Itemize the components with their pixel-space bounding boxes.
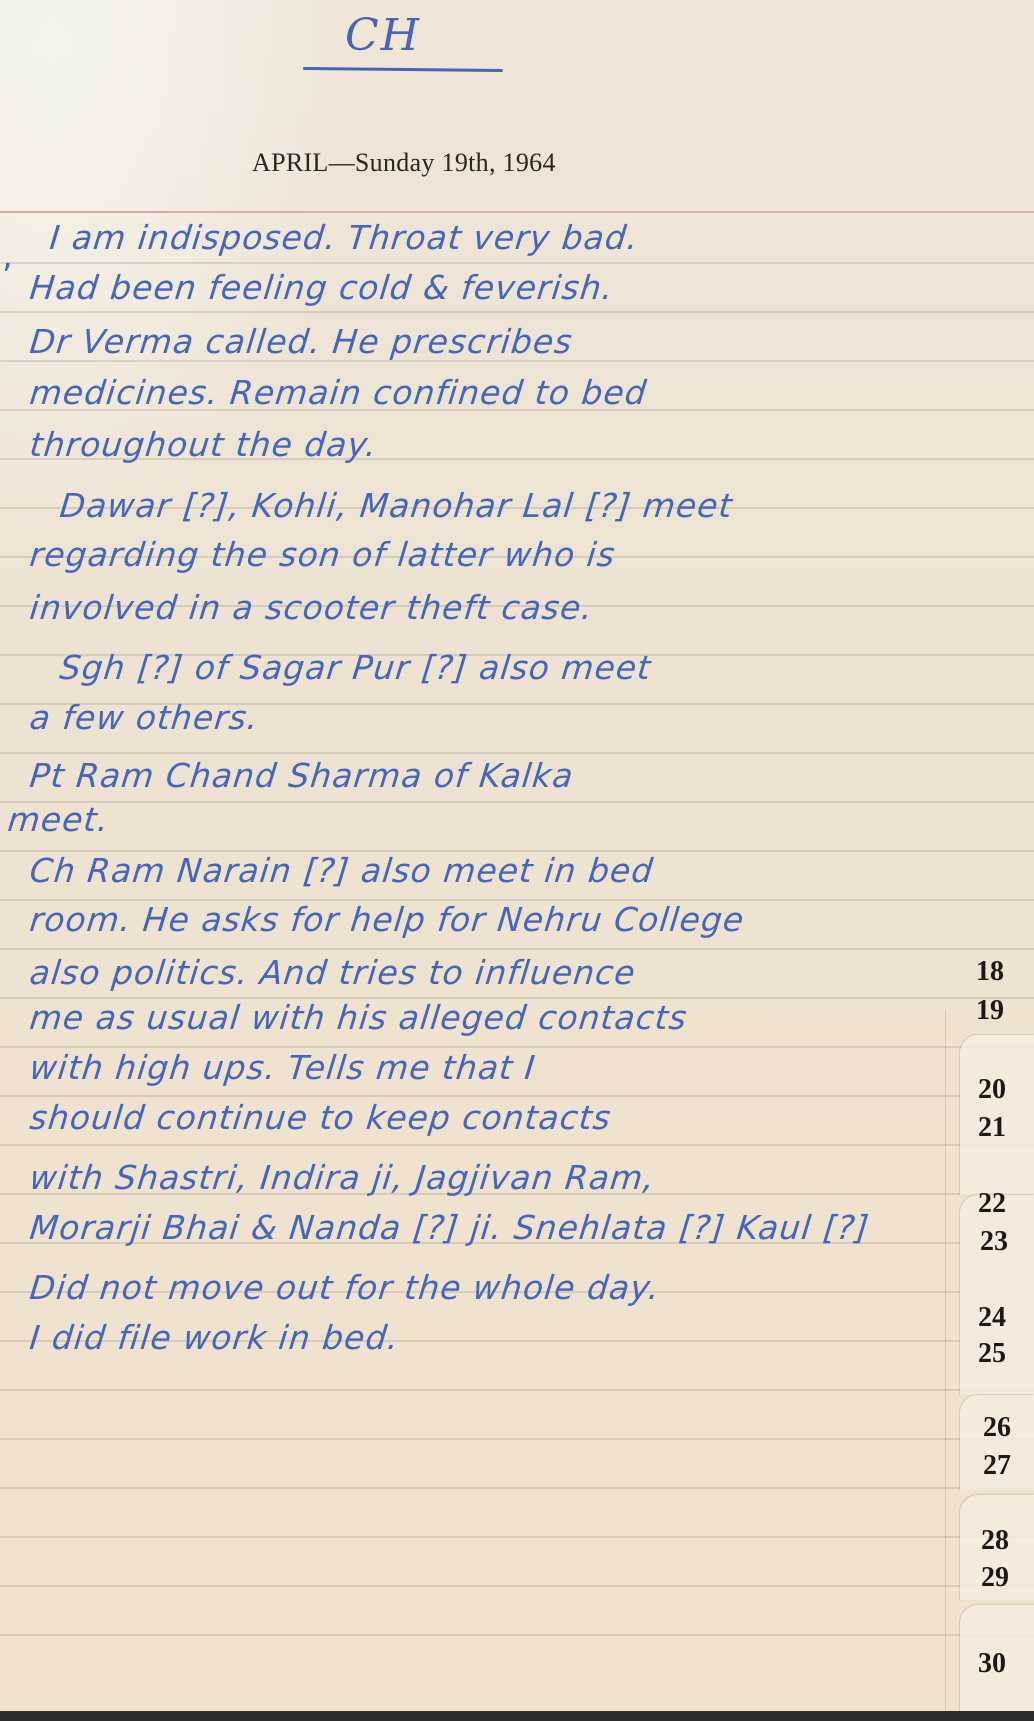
day-index-18[interactable]: 18 [960, 956, 1020, 988]
day-index-22[interactable]: 22 [962, 1188, 1022, 1220]
handwritten-line: a few others. [28, 698, 972, 737]
ruled-line [0, 1536, 1034, 1538]
handwritten-line: Did not move out for the whole day. [28, 1268, 972, 1307]
day-index-23[interactable]: 23 [964, 1226, 1024, 1258]
day-index-30[interactable]: 30 [962, 1648, 1022, 1680]
ruled-line [0, 1095, 1034, 1097]
ruled-line [0, 1487, 1034, 1489]
day-index-19[interactable]: 19 [960, 995, 1020, 1027]
handwritten-line: Dr Verma called. He prescribes [28, 322, 972, 361]
page-bottom-edge [0, 1711, 1034, 1721]
margin-mark: , [2, 236, 13, 276]
red-margin-rule [0, 211, 1034, 213]
handwritten-line: Morarji Bhai & Nanda [?] ji. Snehlata [?… [28, 1208, 972, 1247]
handwritten-line: room. He asks for help for Nehru College [28, 900, 972, 939]
ruled-line [0, 1634, 1034, 1636]
ruled-line [0, 1438, 1034, 1440]
handwritten-line: Dawar [?], Kohli, Manohar Lal [?] meet [58, 486, 1002, 525]
handwritten-line: Pt Ram Chand Sharma of Kalka [28, 756, 972, 795]
handwritten-line: also politics. And tries to influence [28, 953, 972, 992]
day-index-27[interactable]: 27 [967, 1450, 1027, 1482]
ruled-line [0, 1585, 1034, 1587]
ruled-line [0, 1389, 1034, 1391]
handwritten-line: regarding the son of latter who is [28, 535, 972, 574]
ruled-line [0, 948, 1034, 950]
ruled-line [0, 752, 1034, 754]
handwritten-line: medicines. Remain confined to bed [28, 373, 972, 412]
day-index-26[interactable]: 26 [967, 1412, 1027, 1444]
day-index-25[interactable]: 25 [962, 1338, 1022, 1370]
day-index-29[interactable]: 29 [965, 1562, 1025, 1594]
handwritten-line: meet. [6, 800, 950, 839]
handwritten-line: I am indisposed. Throat very bad. [48, 218, 992, 257]
day-index-28[interactable]: 28 [965, 1525, 1025, 1557]
handwritten-line: Had been feeling cold & feverish. [28, 268, 972, 307]
day-index-21[interactable]: 21 [962, 1112, 1022, 1144]
handwritten-line: Sgh [?] of Sagar Pur [?] also meet [58, 648, 1002, 687]
ruled-line [0, 262, 1034, 264]
handwritten-line: Ch Ram Narain [?] also meet in bed [28, 851, 972, 890]
handwritten-line: with Shastri, Indira ji, Jagjivan Ram, [28, 1158, 972, 1197]
ruled-line [0, 1144, 1034, 1146]
diary-page: CH APRIL—Sunday 19th, 1964 , I am indisp… [0, 0, 1034, 1711]
handwritten-line: with high ups. Tells me that I [28, 1048, 972, 1087]
handwritten-line: should continue to keep contacts [28, 1098, 972, 1137]
day-index-24[interactable]: 24 [962, 1302, 1022, 1334]
header-initials: CH [345, 10, 421, 61]
ruled-line [0, 311, 1034, 313]
date-heading: APRIL—Sunday 19th, 1964 [252, 148, 556, 178]
handwritten-line: throughout the day. [28, 425, 972, 464]
handwritten-line: involved in a scooter theft case. [28, 588, 972, 627]
handwritten-line: I did file work in bed. [28, 1318, 972, 1357]
header-underline [303, 67, 503, 72]
handwritten-line: me as usual with his alleged contacts [28, 998, 972, 1037]
day-index-20[interactable]: 20 [962, 1074, 1022, 1106]
